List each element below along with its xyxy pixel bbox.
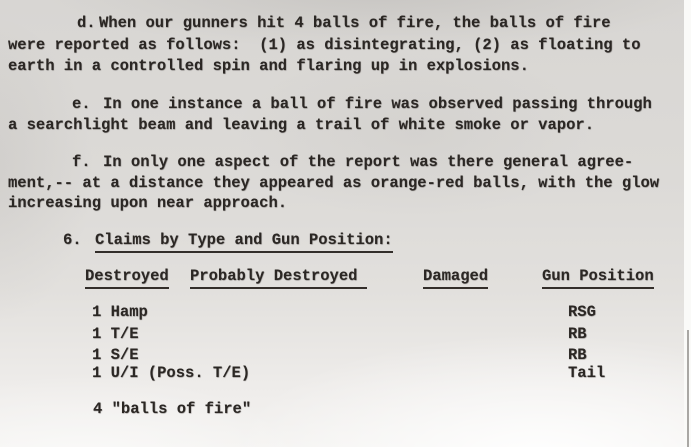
claim-row-gun-position: Tail	[568, 366, 605, 382]
paragraph-d-label: d.	[77, 16, 96, 32]
column-header-gun-position: Gun Position	[542, 269, 654, 289]
claim-row-destroyed: 1 U/I (Poss. T/E)	[92, 366, 250, 382]
claims-summary: 4 "balls of fire"	[93, 402, 251, 418]
scan-edge-line	[687, 330, 689, 447]
section-heading: Claims by Type and Gun Position:	[95, 233, 393, 253]
paragraph-d-line-3: earth in a controlled spin and flaring u…	[8, 59, 529, 75]
paragraph-f-line-2: ment,-- at a distance they appeared as o…	[8, 176, 659, 192]
paragraph-f-line-1: In only one aspect of the report was the…	[103, 155, 633, 171]
column-header-damaged: Damaged	[423, 269, 488, 289]
paragraph-e-line-1: In one instance a ball of fire was obser…	[103, 97, 652, 113]
paragraph-f-line-3: increasing upon near approach.	[8, 196, 287, 212]
section-number: 6.	[63, 233, 82, 249]
claim-row-gun-position: RSG	[568, 305, 596, 321]
claim-row-gun-position: RB	[568, 327, 587, 343]
column-header-probably-destroyed: Probably Destroyed	[190, 269, 367, 289]
paragraph-f-label: f.	[72, 155, 91, 171]
claim-row-gun-position: RB	[568, 348, 587, 364]
paragraph-d-line-1: When our gunners hit 4 balls of fire, th…	[99, 16, 611, 32]
paragraph-e-label: e.	[72, 97, 91, 113]
claim-row-destroyed: 1 T/E	[92, 327, 139, 343]
claim-row-destroyed: 1 S/E	[92, 348, 139, 364]
scanned-report-page: d. When our gunners hit 4 balls of fire,…	[0, 0, 691, 447]
paragraph-d-line-2: were reported as follows: (1) as disinte…	[8, 38, 641, 54]
paragraph-e-line-2: a searchlight beam and leaving a trail o…	[8, 118, 594, 134]
column-header-destroyed: Destroyed	[85, 269, 169, 289]
claim-row-destroyed: 1 Hamp	[92, 305, 148, 321]
